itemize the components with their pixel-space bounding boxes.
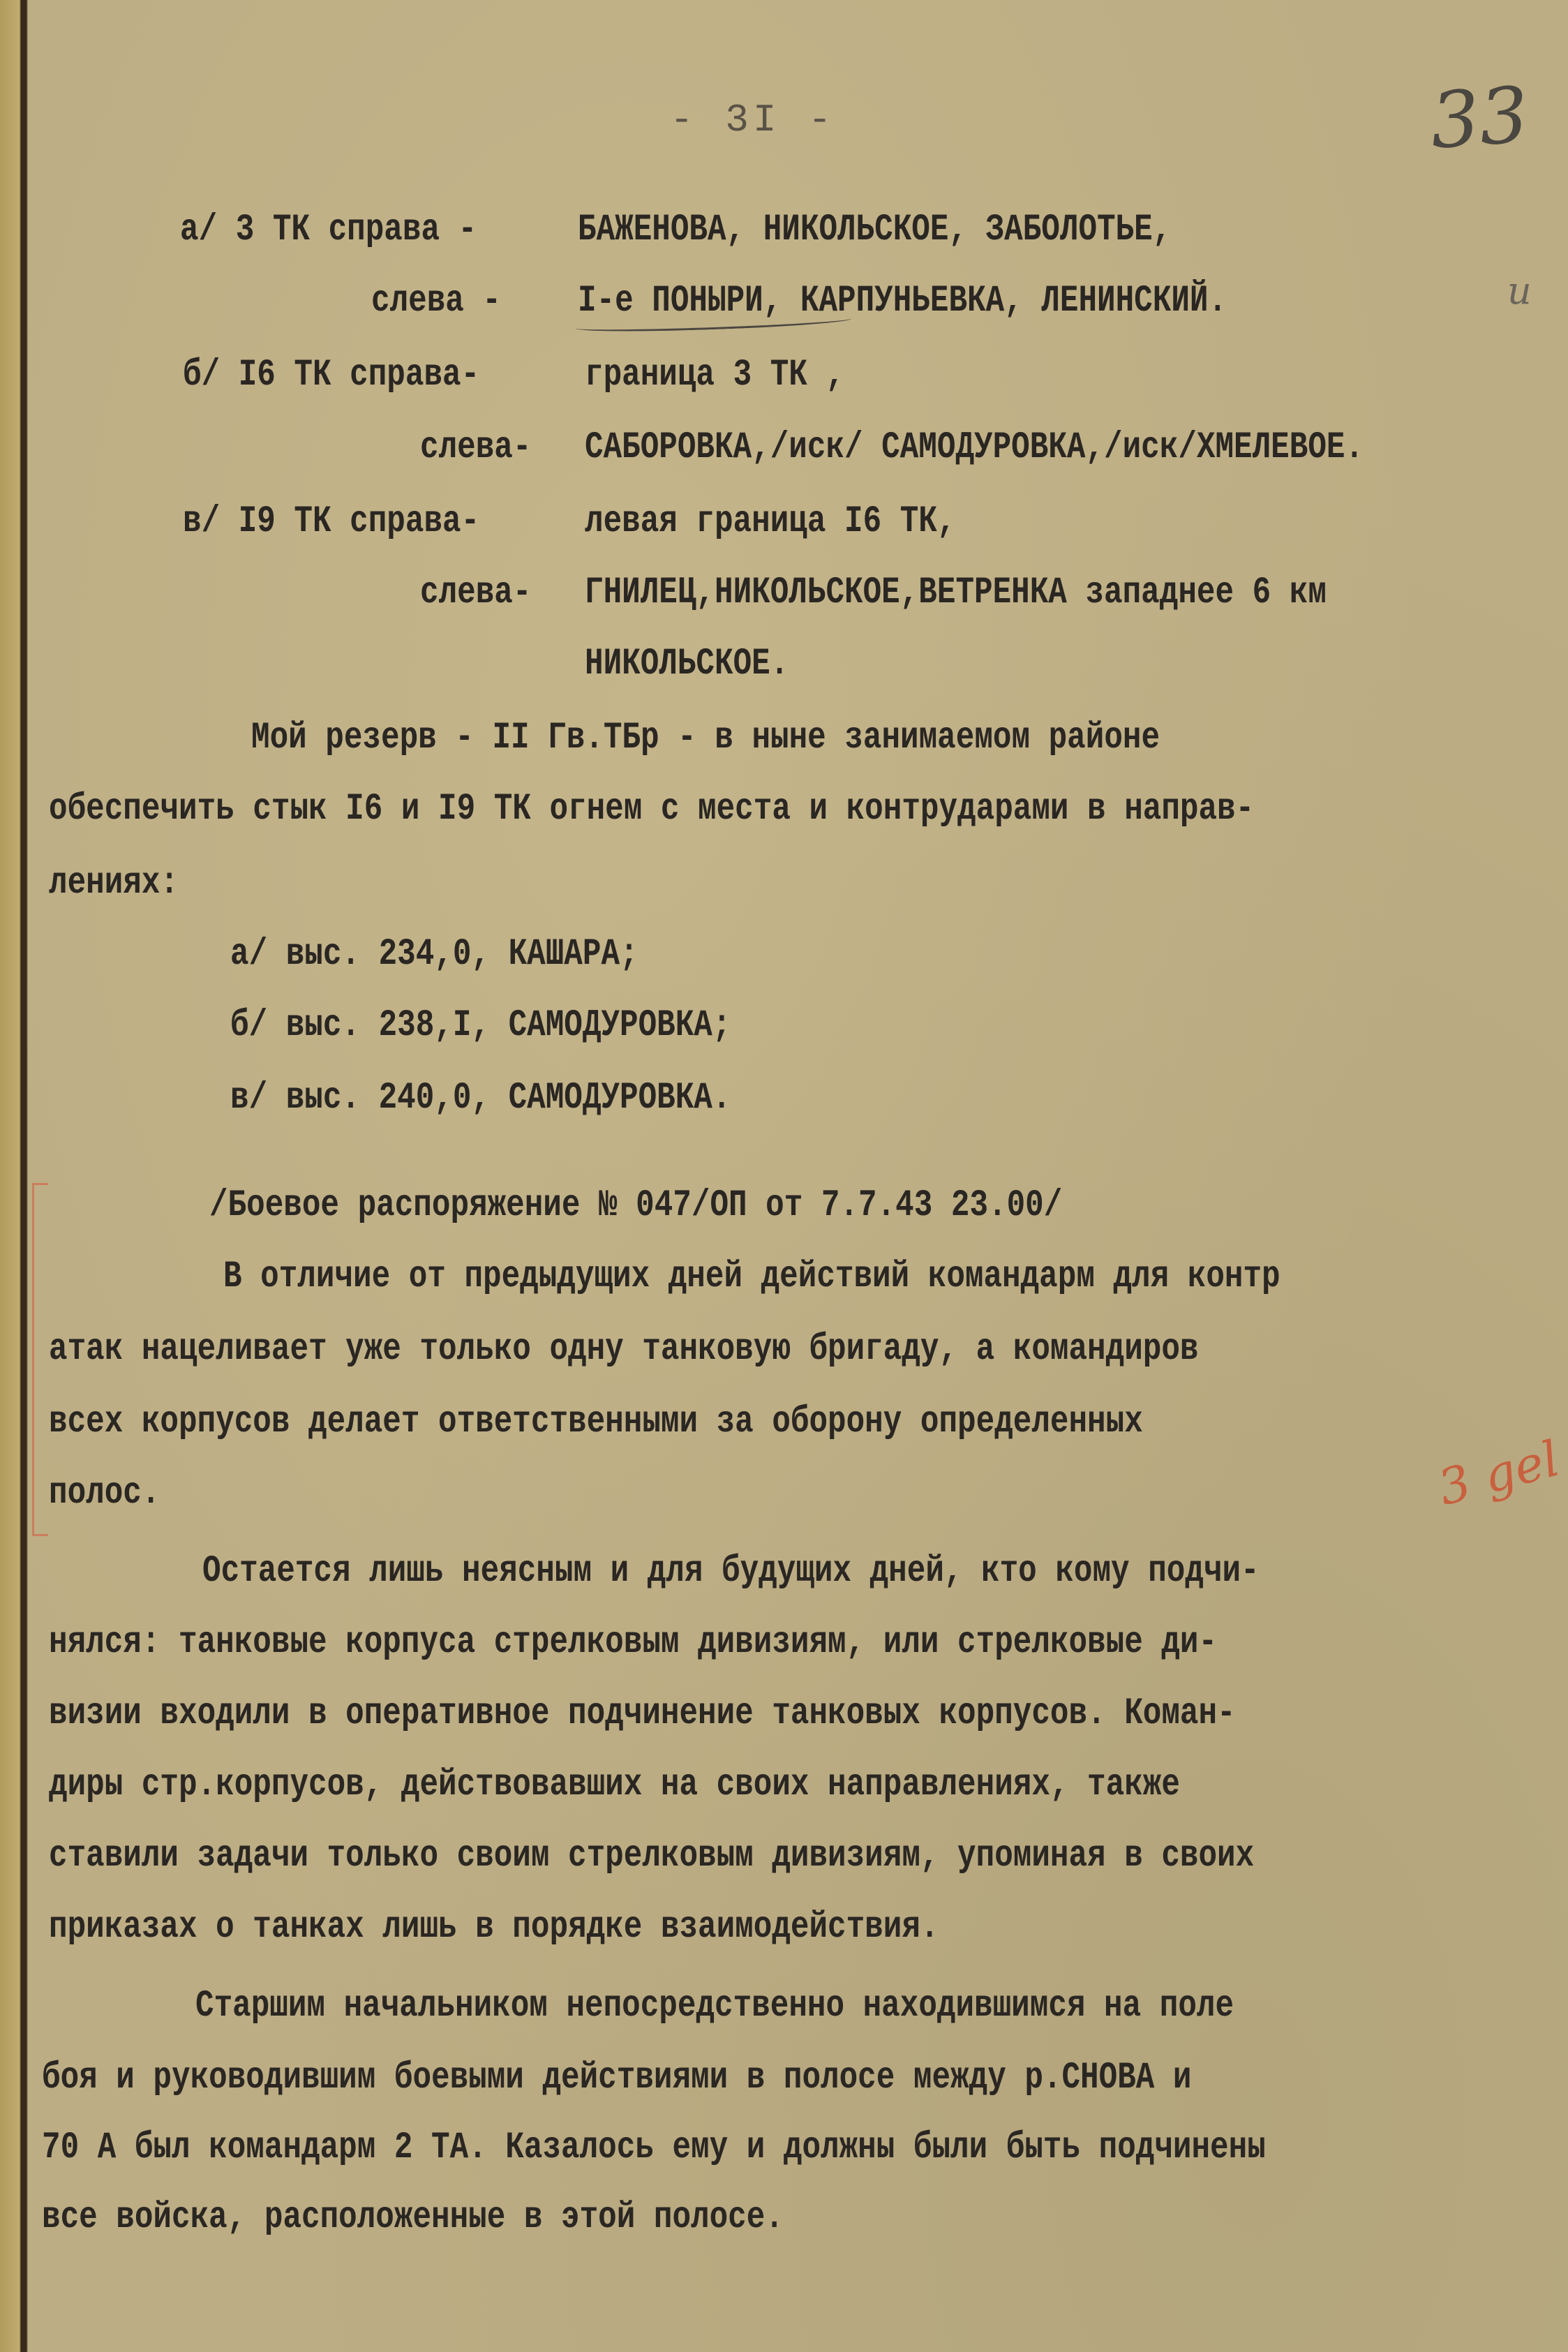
- direction-item: в/ выс. 240,0, САМОДУРОВКА.: [230, 1078, 731, 1119]
- binding-edge: [0, 0, 28, 2352]
- page-number: - 3I -: [670, 98, 836, 142]
- boundary-text: граница 3 ТК ,: [585, 355, 844, 396]
- boundary-label: в/ I9 ТК справа-: [183, 501, 479, 543]
- paragraph-line: атак нацеливает уже только одну танковую…: [49, 1329, 1198, 1371]
- boundary-label: слева-: [420, 572, 531, 614]
- boundary-text: БАЖЕНОВА, НИКОЛЬСКОЕ, ЗАБОЛОТЬЕ,: [578, 209, 1171, 251]
- boundary-text: НИКОЛЬСКОЕ.: [585, 643, 789, 685]
- paragraph-line: всех корпусов делает ответственными за о…: [49, 1401, 1143, 1443]
- reserve-line: обеспечить стык I6 и I9 ТК огнем с места…: [49, 789, 1254, 831]
- paragraph-line: диры стр.корпусов, действовавших на свои…: [49, 1764, 1180, 1806]
- direction-item: а/ выс. 234,0, КАШАРА;: [230, 934, 639, 976]
- paragraph-line: нялся: танковые корпуса стрелковым дивиз…: [49, 1622, 1217, 1664]
- boundary-label: б/ I6 ТК справа-: [183, 355, 479, 396]
- paragraph-line: ставили задачи только своим стрелковым д…: [49, 1836, 1254, 1877]
- boundary-text: ГНИЛЕЦ,НИКОЛЬСКОЕ,ВЕТРЕНКА западнее 6 км: [585, 572, 1327, 614]
- paragraph-line: 70 А был командарм 2 ТА. Казалось ему и …: [42, 2127, 1266, 2169]
- reserve-line: лениях:: [49, 863, 179, 905]
- boundary-text: САБОРОВКА,/иск/ САМОДУРОВКА,/иск/ХМЕЛЕВО…: [585, 427, 1364, 469]
- order-citation: /Боевое распоряжение № 047/ОП от 7.7.43 …: [209, 1185, 1062, 1227]
- paragraph-line: боя и руководившим боевыми действиями в …: [42, 2057, 1191, 2099]
- direction-item: б/ выс. 238,I, САМОДУРОВКА;: [230, 1005, 731, 1047]
- pencil-margin-mark: и: [1507, 269, 1532, 313]
- red-pencil-note: 3 gel: [1432, 1430, 1565, 1517]
- document-page: - 3I - 33 и 3 gel а/ 3 ТК справа - БАЖЕН…: [0, 0, 1568, 2352]
- boundary-text: I-е ПОНЫРИ, КАРПУНЬЕВКА, ЛЕНИНСКИЙ.: [578, 281, 1227, 322]
- handwritten-folio-number: 33: [1428, 70, 1532, 165]
- paragraph-line: визии входили в оперативное подчинение т…: [49, 1693, 1236, 1735]
- paragraph-line: полос.: [49, 1473, 160, 1514]
- boundary-text: левая граница I6 ТК,: [585, 501, 955, 543]
- paragraph-line: все войска, расположенные в этой полосе.: [42, 2197, 784, 2239]
- paragraph-line: Старшим начальником непосредственно нахо…: [195, 1986, 1234, 2027]
- paragraph-line: Остается лишь неясным и для будущих дней…: [202, 1551, 1260, 1593]
- paragraph-line: приказах о танках лишь в порядке взаимод…: [49, 1907, 939, 1949]
- reserve-line: Мой резерв - II Гв.ТБр - в ныне занимаем…: [251, 717, 1160, 759]
- red-margin-bracket: [32, 1183, 48, 1536]
- boundary-label: слева-: [420, 427, 531, 469]
- paragraph-line: В отличие от предыдущих дней действий ко…: [223, 1256, 1280, 1298]
- boundary-label: слева -: [371, 281, 501, 322]
- boundary-label: а/ 3 ТК справа -: [180, 209, 477, 251]
